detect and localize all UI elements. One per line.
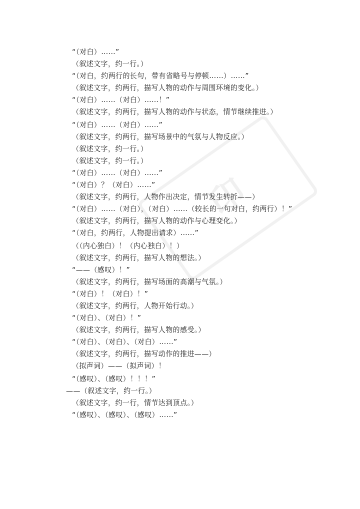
narration-paragraph: （叙述文字，约一行。） [66,143,312,155]
dialogue-paragraph: “（感叹）、（感叹）！！！” [66,373,312,385]
dialogue-paragraph: “（对白，约两行，人物提出请求）……” [66,227,312,239]
narration-paragraph: （叙述文字，约两行，描写人物的动作与周围环境的变化。） [66,82,312,94]
narration-paragraph: （叙述文字，约两行，描写人物的感受。） [66,324,312,336]
narration-paragraph: （叙述文字，约两行，人物作出决定，情节发生转折——） [66,191,312,203]
narration-paragraph: ——（叙述文字，约一行。） [66,385,312,397]
narration-paragraph: （叙述文字，约一行。） [66,58,312,70]
narration-paragraph: （叙述文字，约一行。） [66,155,312,167]
dialogue-paragraph: “（对白）……” [66,46,312,58]
dialogue-paragraph: “（对白）！（对白）！” [66,288,312,300]
narration-paragraph: （拟声词）——（拟声词）！ [66,360,312,372]
narration-paragraph: （叙述文字，约两行，描写场景中的气氛与人物反应。） [66,131,312,143]
dialogue-paragraph: “（对白，约两行的长句，带有省略号与停顿……）……” [66,70,312,82]
narration-paragraph: （叙述文字，约一行，情节达到顶点。） [66,397,312,409]
dialogue-paragraph: “（感叹）、（感叹）、（感叹）……” [66,409,312,421]
narration-paragraph: （叙述文字，约两行，描写人物的动作与状态，情节继续推进。） [66,106,312,118]
dialogue-paragraph: “（对白）、（对白）！” [66,312,312,324]
document-page: “（对白）……”（叙述文字，约一行。）“（对白，约两行的长句，带有省略号与停顿…… [66,46,312,421]
narration-paragraph: （叙述文字，约两行，描写动作的推进——） [66,348,312,360]
dialogue-paragraph: “——（感叹）！” [66,264,312,276]
narration-paragraph: （叙述文字，约两行，描写人物的动作与心理变化。） [66,215,312,227]
dialogue-paragraph: “（对白）？（对白）……” [66,179,312,191]
dialogue-paragraph: “（对白）、（对白）、（对白）……” [66,336,312,348]
narration-paragraph: （叙述文字，约两行，人物开始行动。） [66,300,312,312]
narration-paragraph: （叙述文字，约两行，描写场面的高潮与气氛。） [66,276,312,288]
dialogue-paragraph: “（对白）……（对白）……” [66,167,312,179]
dialogue-paragraph: “（对白）……（对白）……！” [66,94,312,106]
dialogue-paragraph: “（对白）……（对白），（对白）……（较长的一句对白，约两行）！” [66,203,312,215]
aside-paragraph: （（内心独白）！（内心独白）！） [66,240,312,252]
narration-paragraph: （叙述文字，约两行，描写人物的想法。） [66,252,312,264]
dialogue-paragraph: “（对白）……（对白）……” [66,119,312,131]
